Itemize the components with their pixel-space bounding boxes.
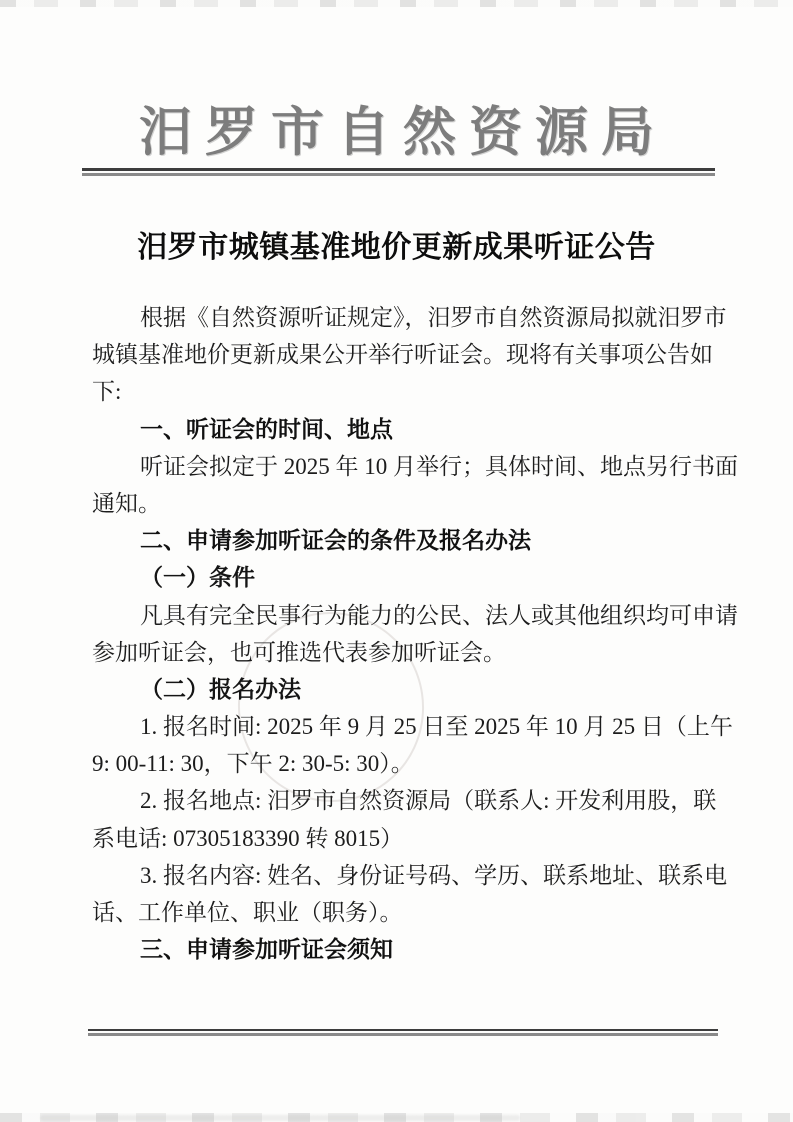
rule-line-gray xyxy=(82,173,715,176)
scan-edge-artifact-top xyxy=(0,0,793,7)
body-line: 1. 报名时间: 2025 年 9 月 25 日至 2025 年 10 月 25… xyxy=(92,708,732,745)
rule-line-gray xyxy=(88,1033,718,1036)
document-body: 根据《自然资源听证规定》，汨罗市自然资源局拟就汨罗市城镇基准地价更新成果公开举行… xyxy=(92,299,732,968)
section-heading: 三、申请参加听证会须知 xyxy=(92,931,732,968)
body-line: 通知。 xyxy=(92,485,732,522)
body-line: 系电话: 07305183390 转 8015） xyxy=(92,820,732,857)
document-title: 汨罗市城镇基准地价更新成果听证公告 xyxy=(0,222,793,266)
section-subheading: （二）报名办法 xyxy=(92,671,732,708)
section-heading: 一、听证会的时间、地点 xyxy=(92,411,732,448)
scanned-document-page: 汨罗市自然资源局 汨罗市城镇基准地价更新成果听证公告 根据《自然资源听证规定》，… xyxy=(0,0,793,1122)
section-subheading: （一）条件 xyxy=(92,559,732,596)
masthead-double-rule xyxy=(82,168,715,177)
body-line: 参加听证会，也可推选代表参加听证会。 xyxy=(92,634,732,671)
section-heading: 二、申请参加听证会的条件及报名办法 xyxy=(92,522,732,559)
body-line: 根据《自然资源听证规定》，汨罗市自然资源局拟就汨罗市 xyxy=(92,299,732,336)
body-line: 2. 报名地点: 汨罗市自然资源局（联系人: 开发利用股，联 xyxy=(92,782,732,819)
body-line: 听证会拟定于 2025 年 10 月举行；具体时间、地点另行书面 xyxy=(92,448,732,485)
masthead-title: 汨罗市自然资源局 xyxy=(0,90,793,166)
body-line: 话、工作单位、职业（职务）。 xyxy=(92,894,732,931)
footer-double-rule xyxy=(88,1029,718,1038)
body-line: 3. 报名内容: 姓名、身份证号码、学历、联系地址、联系电 xyxy=(92,857,732,894)
scan-edge-artifact-bottom xyxy=(0,1113,793,1122)
body-line: 凡具有完全民事行为能力的公民、法人或其他组织均可申请 xyxy=(92,597,732,634)
body-line: 城镇基准地价更新成果公开举行听证会。现将有关事项公告如 xyxy=(92,336,732,373)
body-line: 下: xyxy=(92,373,732,410)
body-line: 9: 00-11: 30，下午 2: 30-5: 30）。 xyxy=(92,745,732,782)
